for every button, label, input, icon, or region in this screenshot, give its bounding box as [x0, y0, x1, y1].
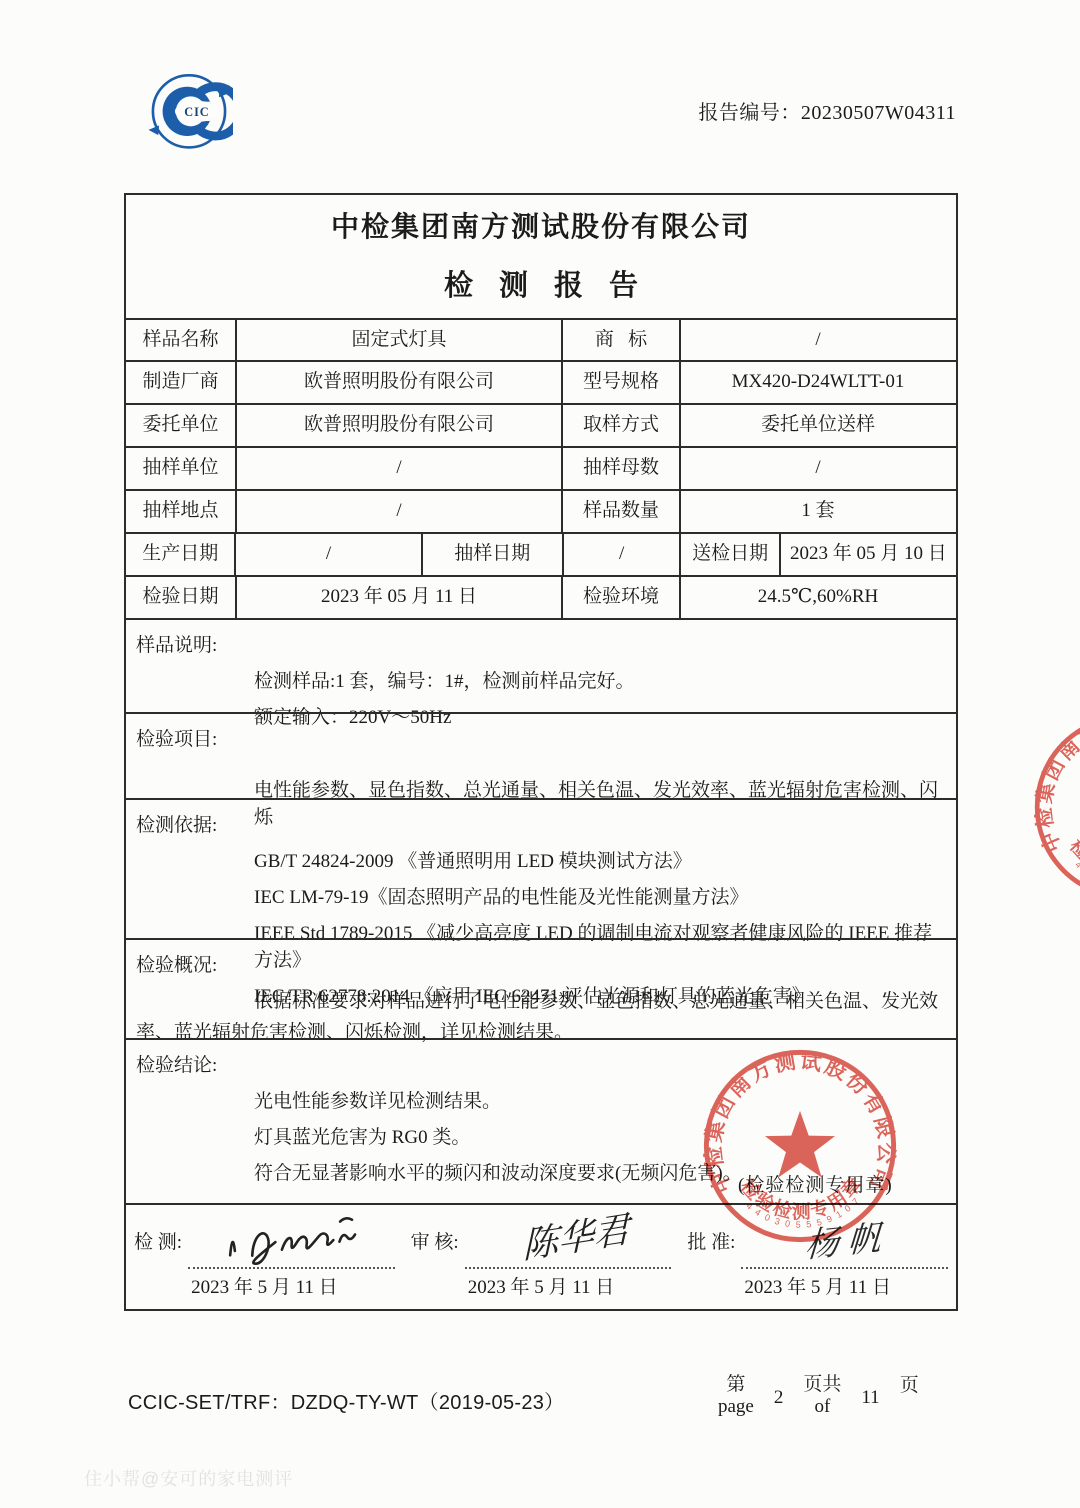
sig-line-approve: 杨 帆	[741, 1213, 948, 1269]
info-row-manufacturer: 制造厂商 欧普照明股份有限公司 型号规格 MX420-D24WLTT-01	[126, 360, 956, 403]
sig-group-review: 审 核: 陈华君	[403, 1205, 680, 1269]
sig-line-test	[188, 1213, 395, 1269]
svg-text:440305559107: 440305559107	[1074, 855, 1080, 888]
info-row-dates: 生产日期 / 抽样日期 / 送检日期 2023 年 05 月 10 日	[126, 532, 956, 575]
test-basis-title: 检测依据:	[136, 810, 946, 837]
company-name: 中检集团南方测试股份有限公司	[331, 211, 751, 245]
report-number: 报告编号：20230507W04311	[698, 96, 956, 125]
logo-cic-text: CIC	[184, 105, 209, 119]
section-test-basis: 检测依据: GB/T 24824-2009 《普通照明用 LED 模块测试方法》…	[126, 798, 956, 938]
page-label-cn: 第	[726, 1374, 745, 1396]
of-label-cn: 页共	[803, 1374, 841, 1396]
label-manufacturer: 制造厂商	[126, 362, 235, 403]
test-basis-line2: IEC LM-79-19《固态照明产品的电性能及光性能测量方法》	[254, 882, 946, 909]
section-test-items: 检验项目: 电性能参数、显色指数、总光通量、相关色温、发光效率、蓝光辐射危害检测…	[126, 712, 956, 798]
conclusion-line1: 光电性能参数详见检测结果。	[254, 1086, 946, 1113]
value-sample-base: /	[679, 448, 955, 489]
current-page-number: 2	[774, 1387, 784, 1409]
label-model: 型号规格	[561, 362, 679, 403]
label-sampling-method: 取样方式	[561, 405, 679, 446]
sig-group-test: 检 测:	[126, 1205, 403, 1269]
svg-text:中检集团南方测试股份有限公司: 中检集团南方测试股份有限公司	[1032, 714, 1080, 856]
label-client: 委托单位	[126, 405, 235, 446]
test-items-title: 检验项目:	[136, 724, 946, 751]
svg-text:检验检测专用章: 检验检测专用章	[1066, 833, 1080, 880]
approver-signature-text: 杨 帆	[804, 1219, 884, 1265]
info-row-client: 委托单位 欧普照明股份有限公司 取样方式 委托单位送样	[126, 403, 956, 446]
edge-seal-type-text: 检验检测专用章	[1066, 833, 1080, 880]
report-table: 中检集团南方测试股份有限公司 检测报告 样品名称 固定式灯具 商 标 / 制造厂…	[124, 193, 958, 1311]
inspector-signature	[188, 1211, 395, 1265]
overview-title: 检验概况:	[136, 950, 946, 977]
value-inspection-date: 2023 年 05 月 11 日	[235, 577, 561, 618]
total-page-number: 11	[861, 1387, 879, 1409]
edge-seal-serial-number: 440305559107	[1074, 855, 1080, 888]
edge-seal-company-text: 中检集团南方测试股份有限公司	[1032, 714, 1080, 856]
label-sampling-date: 抽样日期	[421, 534, 562, 575]
test-basis-line1: GB/T 24824-2009 《普通照明用 LED 模块测试方法》	[254, 846, 946, 873]
edge-seal-ring	[1037, 717, 1080, 897]
value-sampling-unit: /	[235, 448, 561, 489]
value-production-date: /	[234, 534, 420, 575]
value-model: MX420-D24WLTT-01	[679, 362, 955, 403]
report-title: 检测报告	[418, 269, 664, 304]
label-inspection-date: 检验日期	[126, 577, 235, 618]
approver-signature: 杨 帆	[741, 1211, 948, 1265]
label-production-date: 生产日期	[126, 534, 234, 575]
ccic-logo-icon: CIC	[145, 70, 233, 158]
info-row-inspection: 检验日期 2023 年 05 月 11 日 检验环境 24.5℃,60%RH	[126, 575, 956, 618]
watermark-text: 住小帮@安可的家电测评	[84, 1465, 293, 1491]
value-submission-date: 2023 年 05 月 10 日	[779, 534, 956, 575]
section-sample-description: 样品说明: 检测样品:1 套，编号：1#，检测前样品完好。 额定输入：220V～…	[126, 618, 956, 712]
page-unit-cn: 页	[900, 1370, 919, 1397]
stamp-note-text: (检验检测专用章)	[738, 1170, 893, 1197]
report-number-value: 20230507W04311	[801, 102, 956, 124]
sig-date-approve: 2023 年 5 月 11 日	[679, 1277, 956, 1300]
label-environment: 检验环境	[561, 577, 679, 618]
value-sampling-method: 委托单位送样	[679, 405, 955, 446]
label-sample-qty: 样品数量	[561, 491, 679, 532]
value-sample-name: 固定式灯具	[235, 320, 561, 360]
signature-columns: 检 测: 审 核:	[126, 1205, 956, 1269]
label-trademark: 商 标	[561, 320, 679, 360]
value-sample-qty: 1 套	[679, 491, 955, 532]
report-page: CIC 报告编号：20230507W04311 中检集团南方测试股份有限公司 检…	[0, 0, 1080, 1508]
info-row-sampling-unit: 抽样单位 / 抽样母数 /	[126, 446, 956, 489]
reviewer-signature-text: 陈华君	[522, 1209, 633, 1267]
label-sample-base: 抽样母数	[561, 448, 679, 489]
value-sampling-place: /	[235, 491, 561, 532]
sample-description-title: 样品说明:	[136, 630, 946, 657]
sig-group-approve: 批 准: 杨 帆	[679, 1205, 956, 1269]
value-environment: 24.5℃,60%RH	[679, 577, 955, 618]
edge-seal-partial: 中检集团南方测试股份有限公司 检验检测专用章 440305559107	[1032, 712, 1080, 902]
sig-date-review: 2023 年 5 月 11 日	[403, 1277, 680, 1300]
of-label-en: of	[814, 1396, 830, 1418]
section-conclusion: 检验结论: 光电性能参数详见检测结果。 灯具蓝光危害为 RG0 类。 符合无显著…	[126, 1038, 956, 1203]
sig-line-review: 陈华君	[465, 1213, 672, 1269]
page-number-block: 第 page 2 页共 of 11 页	[718, 1368, 919, 1424]
page-label-stack: 第 page	[718, 1374, 754, 1418]
value-manufacturer: 欧普照明股份有限公司	[235, 362, 561, 403]
signature-row: 检 测: 审 核:	[126, 1203, 956, 1309]
sig-date-test: 2023 年 5 月 11 日	[126, 1277, 403, 1300]
conclusion-line2: 灯具蓝光危害为 RG0 类。	[254, 1122, 946, 1149]
value-trademark: /	[679, 320, 955, 360]
label-sampling-place: 抽样地点	[126, 491, 235, 532]
info-row-sampling-place: 抽样地点 / 样品数量 1 套	[126, 489, 956, 532]
info-row-sample-name: 样品名称 固定式灯具 商 标 /	[126, 318, 956, 360]
footer-doc-code: CCIC-SET/TRF：DZDQ-TY-WT（2019-05-23）	[128, 1386, 564, 1415]
sig-label-review: 审 核:	[411, 1232, 459, 1269]
page-label-en: page	[718, 1396, 754, 1418]
conclusion-title: 检验结论:	[136, 1050, 946, 1077]
report-number-label: 报告编号：	[698, 102, 801, 124]
of-label-stack: 页共 of	[803, 1374, 841, 1418]
label-sampling-unit: 抽样单位	[126, 448, 235, 489]
title-row: 中检集团南方测试股份有限公司 检测报告	[126, 195, 956, 318]
sample-description-line1: 检测样品:1 套，编号：1#，检测前样品完好。	[254, 666, 946, 693]
value-client: 欧普照明股份有限公司	[235, 405, 561, 446]
label-sample-name: 样品名称	[126, 320, 235, 360]
value-sampling-date: /	[562, 534, 679, 575]
title-cell: 中检集团南方测试股份有限公司 检测报告	[126, 195, 956, 318]
section-overview: 检验概况: 依据标准要求对样品进行了电性能参数、显色指数、总光通量、相关色温、发…	[126, 938, 956, 1038]
label-submission-date: 送检日期	[679, 534, 779, 575]
sig-label-test: 检 测:	[134, 1232, 182, 1269]
reviewer-signature: 陈华君	[465, 1211, 672, 1265]
sig-label-approve: 批 准:	[687, 1232, 735, 1269]
